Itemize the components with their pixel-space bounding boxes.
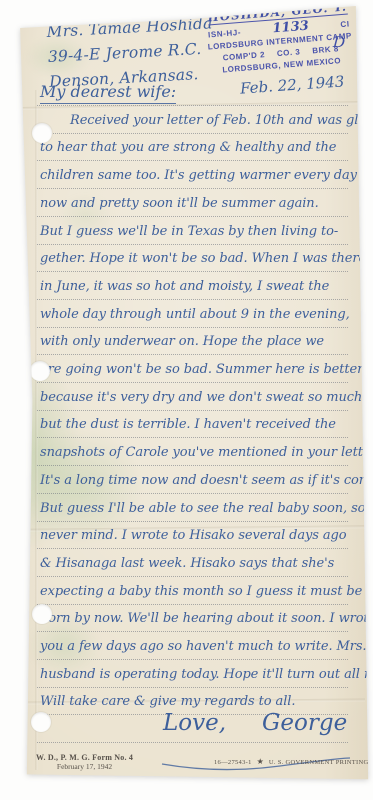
body-line: husband is operating today. Hope it'll t… (40, 667, 350, 689)
body-line: now and pretty soon it'll be summer agai… (40, 196, 350, 218)
body-line: Received your letter of Feb. 10th and wa… (40, 113, 373, 135)
body-line: children same too. It's getting warmer e… (40, 168, 350, 190)
letter-scan: Mrs. Tamae Hoshida 39-4-E Jerome R.C. De… (0, 0, 373, 800)
stamp-id-suffix: CI (340, 18, 350, 30)
body-line: to hear that you are strong & healthy an… (40, 140, 350, 162)
signature-row: Love, George (163, 710, 347, 736)
body-line: never mind. I wrote to Hisako several da… (40, 528, 350, 550)
letter-paper: Mrs. Tamae Hoshida 39-4-E Jerome R.C. De… (0, 0, 373, 800)
body-line: snapshots of Carole you've mentioned in … (40, 445, 350, 467)
form-number: W. D., P. M. G. Form No. 4 (36, 753, 133, 762)
letter-date: Feb. 22, 1943 (239, 72, 344, 97)
stamp-company: CO. 3 (277, 46, 301, 59)
body-line: But guess I'll be able to see the real b… (40, 501, 350, 523)
signature: George (262, 710, 347, 736)
internment-camp-stamp: HOSHIDA, GEO. Y. ISN-HJ- 1133 CI LORDSBU… (198, 0, 361, 78)
body-line: but the dust is terrible. I haven't rece… (40, 417, 350, 439)
form-date: February 17, 1942 (36, 762, 133, 771)
hole-punch (32, 123, 52, 143)
body-line: in June, it was so hot and moisty, I swe… (40, 279, 350, 301)
body-line: & Hisanaga last week. Hisako says that s… (40, 556, 350, 578)
print-identifier: 16—27543-1 ★ U. S. GOVERNMENT PRINTING O… (214, 757, 373, 766)
stamp-id-number: 1133 (272, 21, 309, 35)
body-line: with only underwear on. Hope the place w… (40, 334, 350, 356)
closing: Love, (163, 710, 226, 736)
fold-crease-vertical (35, 90, 38, 770)
hole-punch (32, 604, 52, 624)
body-line: It's a long time now and doesn't seem as… (40, 473, 350, 495)
body-line: gether. Hope it won't be so bad. When I … (40, 251, 350, 273)
stamp-handwritten-mark: D (333, 37, 346, 49)
body-line: whole day through until about 9 in the e… (40, 307, 350, 329)
print-code: 16—27543-1 (214, 759, 252, 766)
print-office: U. S. GOVERNMENT PRINTING OFFICE (269, 759, 373, 766)
body-line: you a few days ago so haven't much to wr… (40, 639, 350, 661)
body-line: are going won't be so bad. Summer here i… (40, 362, 350, 384)
paper-shadow: Mrs. Tamae Hoshida 39-4-E Jerome R.C. De… (0, 0, 373, 800)
stamp-compound: COMP'D 2 (222, 49, 265, 63)
hole-punch (31, 712, 51, 732)
rule-line (37, 105, 348, 106)
body-line: But I guess we'll be in Texas by then li… (40, 224, 350, 246)
gpo-star-icon: ★ (257, 757, 264, 766)
body-line: expecting a baby this month so I guess i… (40, 584, 350, 606)
form-identifier: W. D., P. M. G. Form No. 4 February 17, … (36, 753, 133, 771)
hole-punch (30, 361, 50, 381)
body-line: born by now. We'll be hearing about it s… (40, 611, 350, 633)
salutation: My dearest wife: (40, 82, 176, 104)
body-line: because it's very dry and we don't sweat… (40, 390, 350, 412)
